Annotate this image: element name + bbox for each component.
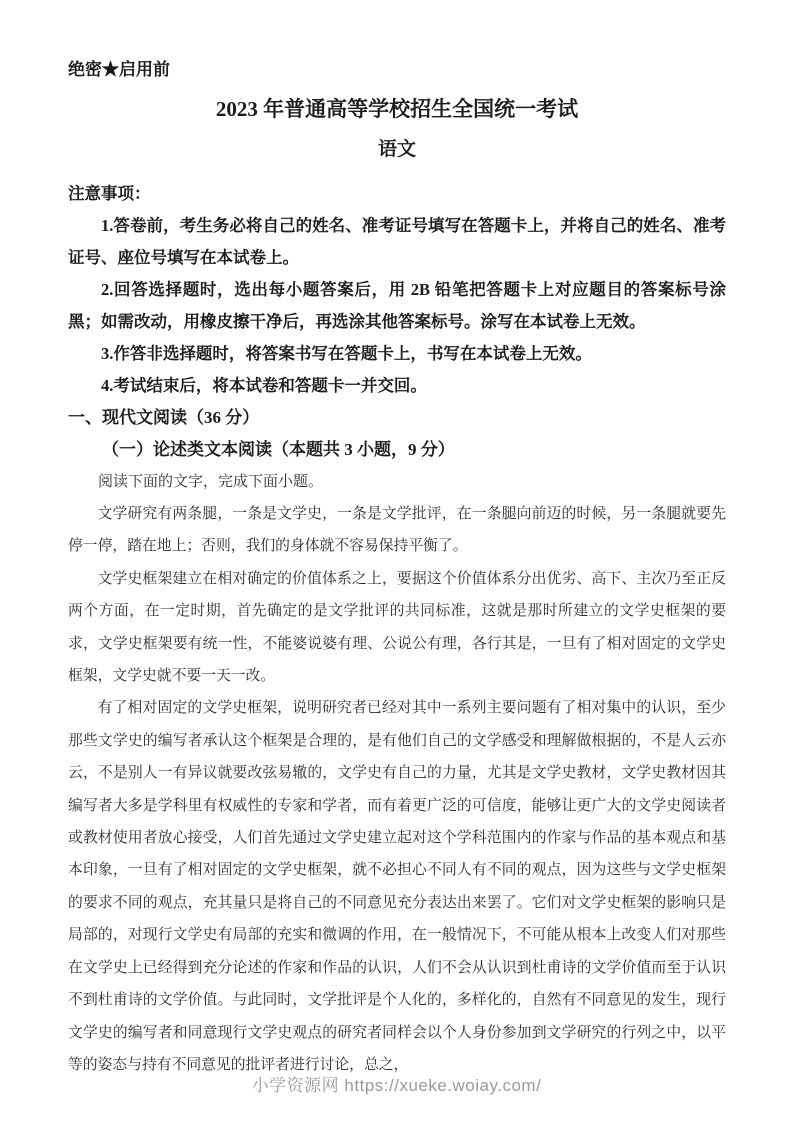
section-heading-modern-reading: 一、现代文阅读（36 分） [68, 402, 726, 434]
notice-item-2: 2.回答选择题时，选出每小题答案后，用 2B 铅笔把答题卡上对应题目的答案标号涂… [68, 274, 726, 338]
notice-item-4: 4.考试结束后，将本试卷和答题卡一并交回。 [68, 370, 726, 402]
footer-watermark: 小学资源网 https://xueke.woiay.com/ [0, 1071, 793, 1096]
notices-heading: 注意事项： [68, 178, 726, 210]
notice-item-3: 3.作答非选择题时，将答案书写在答题卡上，书写在本试卷上无效。 [68, 338, 726, 370]
security-classification-label: 绝密★启用前 [68, 58, 726, 82]
subject-title: 语文 [68, 136, 726, 164]
notice-item-1: 1.答卷前，考生务必将自己的姓名、准考证号填写在答题卡上，并将自己的姓名、准考证… [68, 210, 726, 274]
passage-paragraph-2: 文学史框架建立在相对确定的价值体系之上，要据这个价值体系分出优劣、高下、主次乃至… [68, 563, 726, 693]
footer-site-url[interactable]: https://xueke.woiay.com/ [344, 1076, 541, 1095]
exam-title: 2023 年普通高等学校招生全国统一考试 [68, 94, 726, 124]
page-content: 绝密★启用前 2023 年普通高等学校招生全国统一考试 语文 注意事项： 1.答… [0, 0, 793, 1081]
passage-paragraph-1: 文学研究有两条腿，一条是文学史，一条是文学批评，在一条腿向前迈的时候，另一条腿就… [68, 498, 726, 563]
footer-site-name: 小学资源网 [252, 1076, 340, 1095]
reading-instruction: 阅读下面的文字，完成下面小题。 [68, 466, 726, 498]
subsection-heading-argumentative-reading: （一）论述类文本阅读（本题共 3 小题，9 分） [68, 434, 726, 466]
reading-passage: 文学研究有两条腿，一条是文学史，一条是文学批评，在一条腿向前迈的时候，另一条腿就… [68, 498, 726, 1081]
exam-paper-page: 绝密★启用前 2023 年普通高等学校招生全国统一考试 语文 注意事项： 1.答… [0, 0, 793, 1122]
passage-paragraph-3: 有了相对固定的文学史框架，说明研究者已经对其中一系列主要问题有了相对集中的认识，… [68, 692, 726, 1081]
